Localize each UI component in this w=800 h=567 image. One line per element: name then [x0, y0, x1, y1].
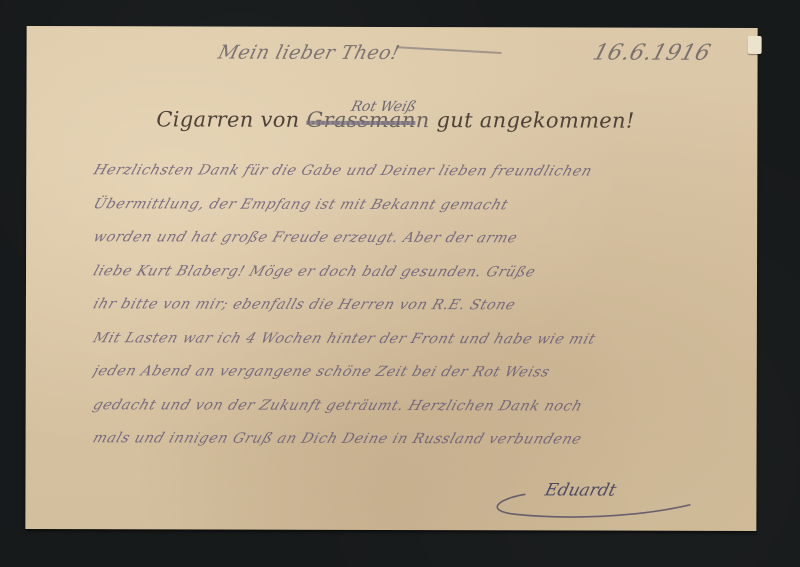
- printed-header: Cigarren von Grassmann gut angekommen!: [156, 107, 634, 132]
- letter-body: Herzlichsten Dank für die Gabe und Deine…: [100, 154, 751, 457]
- body-line: mals und innigen Gruß an Dich Deine in R…: [88, 422, 762, 457]
- date: 16.6.1916: [590, 41, 714, 66]
- torn-corner: [748, 36, 762, 54]
- body-line: Übermittlung, der Empfang ist mit Bekann…: [88, 188, 762, 223]
- salutation: Mein lieber Theo!: [216, 42, 402, 64]
- body-line: gedacht und von der Zukunft geträumt. He…: [88, 389, 762, 424]
- salutation-flourish: [397, 46, 502, 54]
- body-line: ihr bitte von mir; ebenfalls die Herren …: [88, 288, 762, 323]
- body-line: Herzlichsten Dank für die Gabe und Deine…: [88, 154, 762, 189]
- body-line: jeden Abend an vergangene schöne Zeit be…: [88, 355, 762, 390]
- header-prefix: Cigarren von: [156, 107, 306, 131]
- body-line: Mit Lasten war ich 4 Wochen hinter der F…: [88, 322, 762, 357]
- struck-brand-name: Grassmann: [306, 108, 429, 132]
- postcard: Mein lieber Theo! 16.6.1916 Rot Weiß Cig…: [25, 26, 757, 531]
- header-suffix: gut angekommen!: [430, 108, 635, 133]
- body-line: liebe Kurt Blaberg! Möge er doch bald ge…: [88, 255, 762, 290]
- signature: Eduardt: [543, 480, 618, 500]
- body-line: worden und hat große Freude erzeugt. Abe…: [88, 221, 762, 256]
